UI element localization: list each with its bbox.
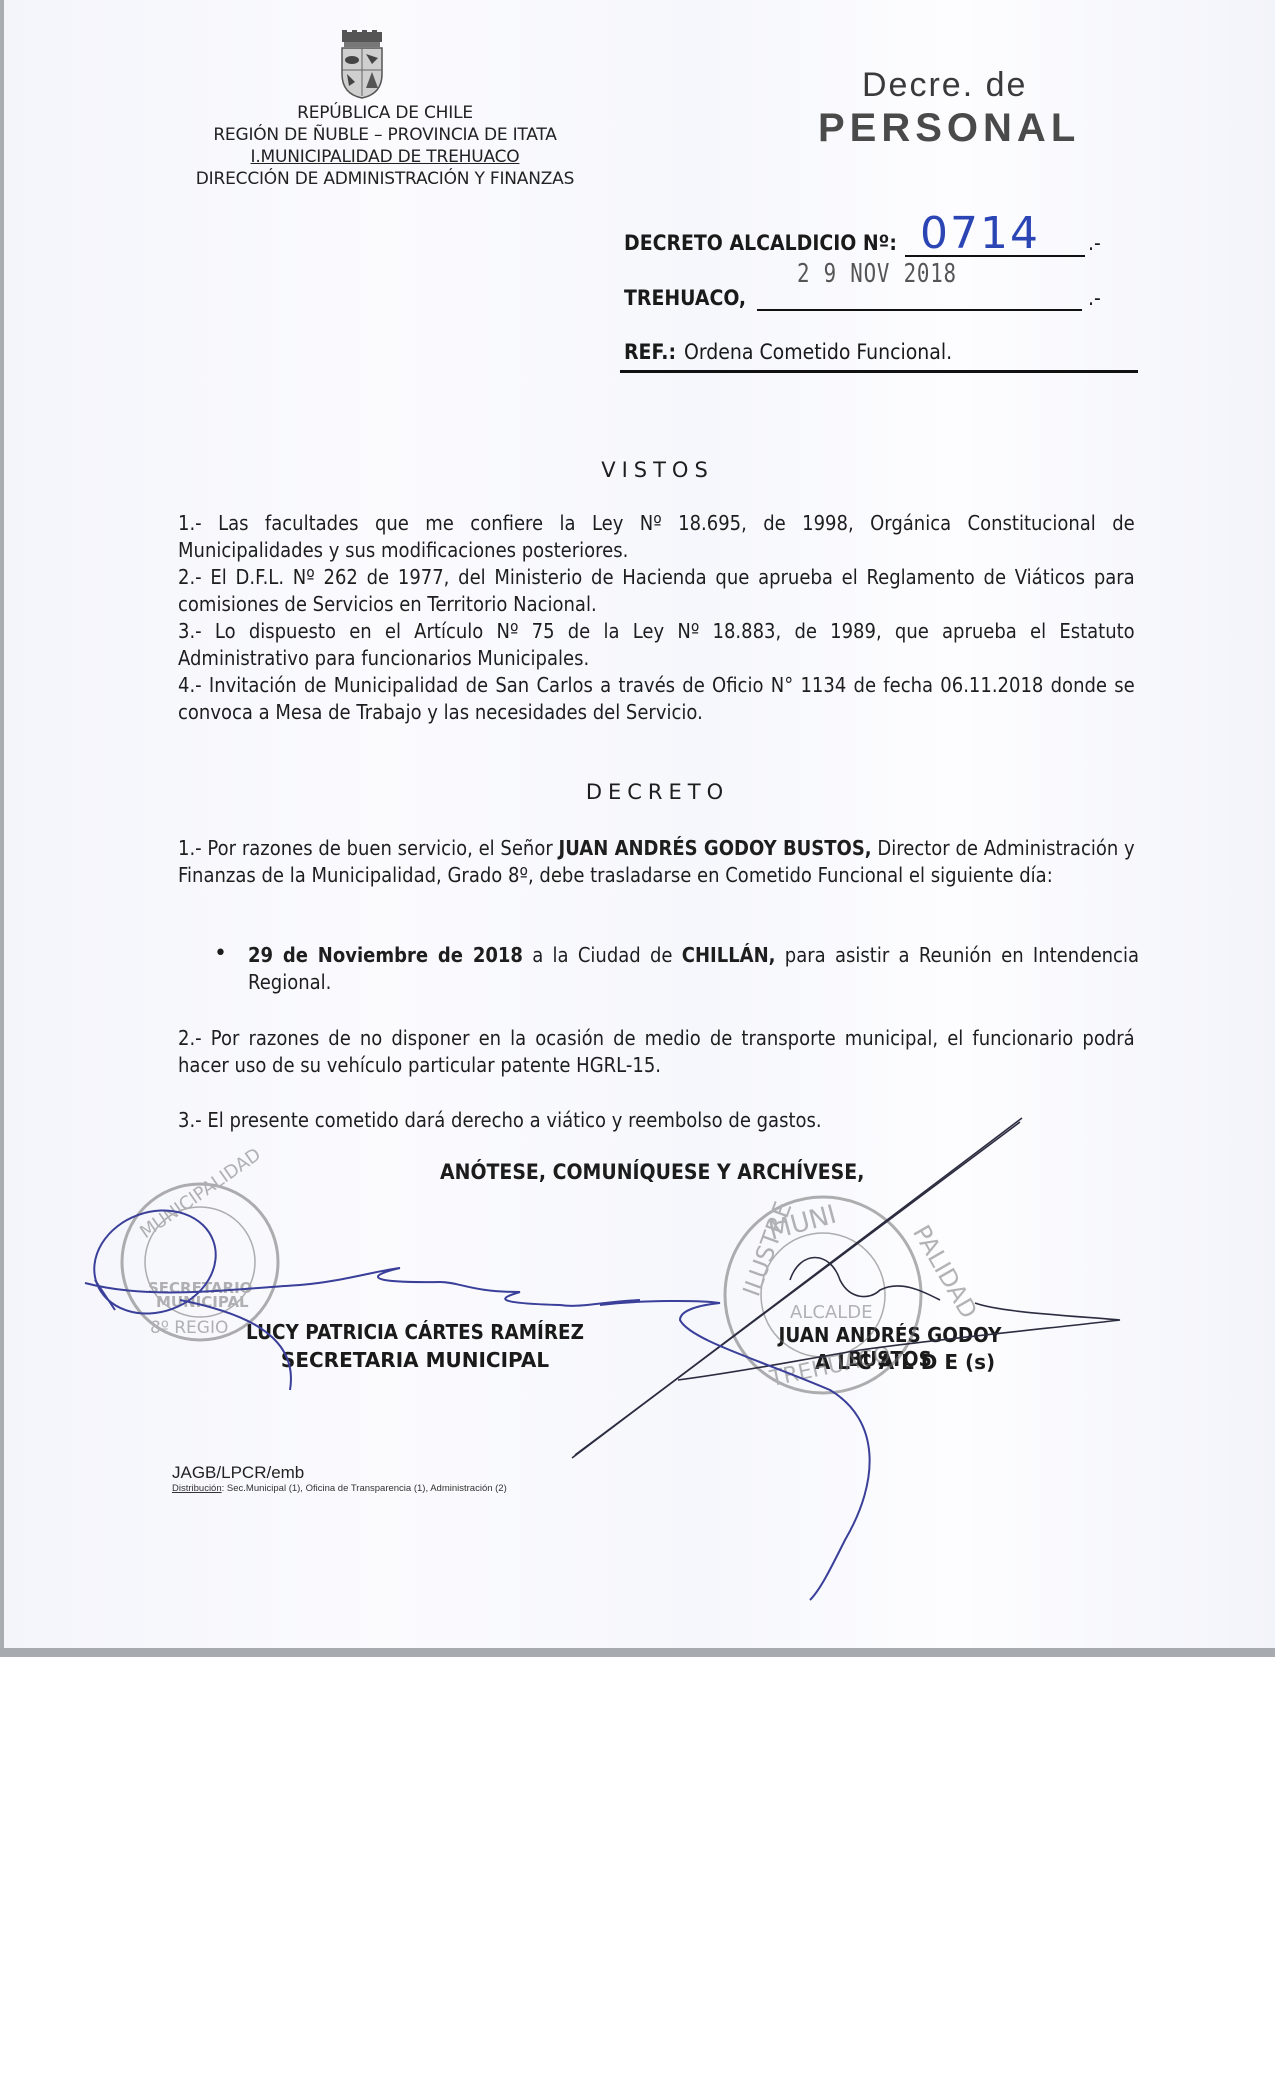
vistos-item: 4.- Invitación de Municipalidad de San C… — [178, 672, 1135, 726]
mayor-title: A L C A L D E (s) — [760, 1350, 1050, 1374]
scan-edge-bottom — [0, 1648, 1275, 1657]
decreto-title: DECRETO — [0, 780, 1275, 804]
ref-value: Ordena Cometido Funcional. — [684, 340, 952, 364]
trip-city: CHILLÁN, — [682, 943, 776, 967]
decree-number-suffix: .- — [1088, 231, 1101, 255]
decree-number-handwritten: 0714 — [920, 208, 1040, 259]
ref-underline — [620, 370, 1138, 373]
decreto-item-3: 3.- El presente cometido dará derecho a … — [178, 1107, 1135, 1134]
header-country: REPÚBLICA DE CHILE — [160, 103, 610, 123]
stamp-decree-type: Decre. de — [862, 66, 1027, 105]
decreto-bullet: 29 de Noviembre de 2018 a la Ciudad de C… — [248, 942, 1139, 996]
vistos-item: 1.- Las facultades que me confiere la Le… — [178, 510, 1135, 564]
closing-formula: ANÓTESE, COMUNÍQUESE Y ARCHÍVESE, — [440, 1160, 864, 1184]
bullet-icon: • — [214, 941, 227, 966]
date-stamp: 2 9 NOV 2018 — [797, 259, 957, 289]
vistos-title: VISTOS — [0, 458, 1275, 482]
vistos-item: 3.- Lo dispuesto en el Artículo Nº 75 de… — [178, 618, 1135, 672]
vistos-list: 1.- Las facultades que me confiere la Le… — [178, 510, 1135, 726]
vistos-item: 2.- El D.F.L. Nº 262 de 1977, del Minist… — [178, 564, 1135, 618]
place-label: TREHUACO, — [624, 286, 746, 310]
municipality-name: I.MUNICIPALIDAD DE TREHUACO — [251, 147, 520, 167]
place-suffix: .- — [1088, 286, 1101, 310]
place-underline — [757, 309, 1082, 311]
ref-label: REF.: — [624, 340, 676, 364]
secretary-name: LUCY PATRICIA CÁRTES RAMÍREZ — [231, 1320, 599, 1344]
stamp-personal: PERSONAL — [818, 106, 1080, 151]
secretary-title: SECRETARIA MUNICIPAL — [215, 1348, 615, 1372]
header-region: REGIÓN DE ÑUBLE – PROVINCIA DE ITATA — [160, 125, 610, 145]
decree-number-label: DECRETO ALCALDICIO Nº: — [624, 231, 897, 255]
official-name: JUAN ANDRÉS GODOY BUSTOS, — [559, 836, 872, 860]
distribution: Distribución: Sec.Municipal (1), Oficina… — [172, 1483, 507, 1494]
decreto-item-1: 1.- Por razones de buen servicio, el Señ… — [178, 835, 1135, 889]
header-municipality: I.MUNICIPALIDAD DE TREHUACO — [160, 147, 610, 167]
header-department: DIRECCIÓN DE ADMINISTRACIÓN Y FINANZAS — [160, 169, 610, 189]
coat-of-arms-icon — [336, 30, 388, 100]
trip-date: 29 de Noviembre de 2018 — [248, 943, 523, 967]
decreto-item-2: 2.- Por razones de no disponer en la oca… — [178, 1025, 1135, 1079]
initials: JAGB/LPCR/emb — [172, 1463, 304, 1483]
